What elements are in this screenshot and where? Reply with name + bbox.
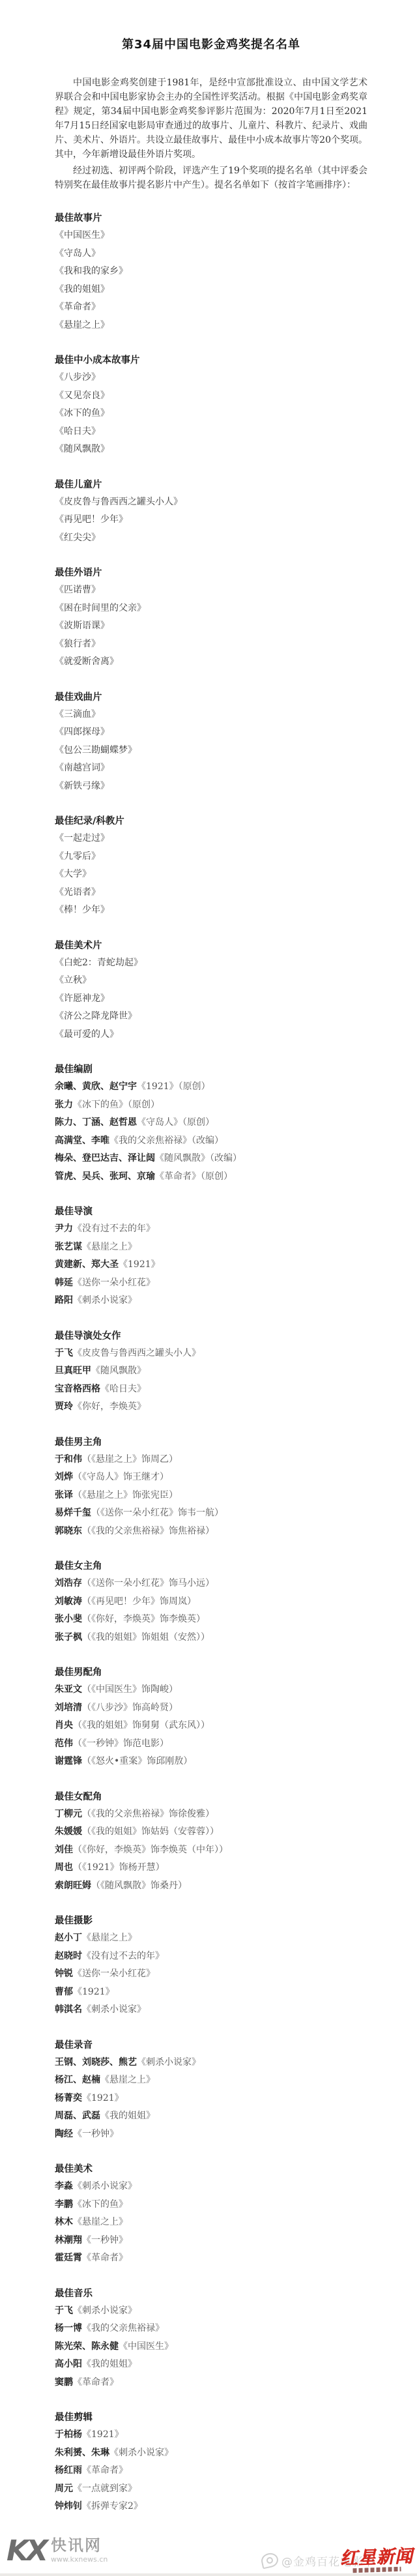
nominee-line: 《南越宫词》 bbox=[55, 759, 367, 778]
nominee-name: 杨江、赵楠 bbox=[55, 2075, 100, 2085]
nominee-line: 索朗旺姆（《随风飘散》饰桑丹） bbox=[55, 1877, 367, 1895]
nominee-work: 《中国医生》 bbox=[119, 2341, 173, 2352]
nominee-line: 杨红雨《革命者》 bbox=[55, 2462, 367, 2480]
nominee-line: 《棒！少年》 bbox=[55, 901, 367, 920]
nominee-work: 《刺杀小说家》 bbox=[109, 2448, 173, 2458]
nominee-name: 霍廷霄 bbox=[55, 2253, 82, 2263]
nominee-name: 刘敏涛 bbox=[55, 1596, 82, 1607]
nominee-name: 贾玲 bbox=[55, 1401, 73, 1412]
nominee-line: 窦鹏《革命者》 bbox=[55, 2374, 367, 2392]
award-heading: 最佳剪辑 bbox=[55, 2409, 367, 2426]
nominee-line: 管虎、吴兵、张珂、京瑜《革命者》（原创） bbox=[55, 1168, 367, 1186]
film-title: 《我和我的家乡》 bbox=[55, 266, 128, 276]
nominee-line: 郭晓东（《我的父亲焦裕禄》饰焦裕禄） bbox=[55, 1523, 367, 1541]
film-title: 《红尖尖》 bbox=[55, 533, 100, 543]
nominee-name: 窦鹏 bbox=[55, 2377, 73, 2388]
award-section: 最佳中小成本故事片《八步沙》《又见奈良》《冰下的鱼》《哈日夫》《随风飘散》 bbox=[55, 352, 367, 459]
nominee-work: 《我的姐姐》 bbox=[82, 2359, 137, 2369]
award-section: 最佳录音王钢、刘晓莎、熊艺《刺杀小说家》杨江、赵楠《悬崖之上》杨菁奕《1921》… bbox=[55, 2037, 367, 2144]
nominee-line: 张子枫（《我的姐姐》饰姐姐（安然）） bbox=[55, 1629, 367, 1647]
award-section: 最佳男配角朱亚文（《中国医生》饰陶峻）刘培清（《八步沙》饰高岭贤）肖央（《我的姐… bbox=[55, 1664, 367, 1771]
nominee-name: 刘烨 bbox=[55, 1472, 73, 1482]
nominee-line: 《大学》 bbox=[55, 866, 367, 884]
nominee-line: 钟锐《送你一朵小红花》 bbox=[55, 1965, 367, 1983]
nominee-line: 林潮翔《一秒钟》 bbox=[55, 2232, 367, 2250]
nominee-name: 杨菁奕 bbox=[55, 2093, 82, 2103]
nominee-name: 尹力 bbox=[55, 1223, 73, 1234]
nominee-line: 周也（《1921》饰杨开慧） bbox=[55, 1859, 367, 1877]
nominee-name: 钟锐 bbox=[55, 1969, 73, 1979]
nominee-line: 刘敏涛（《再见吧！少年》饰周岚） bbox=[55, 1593, 367, 1611]
nominee-name: 张艺谋 bbox=[55, 1242, 82, 1252]
award-heading: 最佳纪录/科教片 bbox=[55, 813, 367, 830]
award-heading: 最佳女配角 bbox=[55, 1789, 367, 1806]
film-title: 《四郎探母》 bbox=[55, 727, 109, 737]
film-title: 《随风飘散》 bbox=[55, 444, 109, 454]
nominee-line: 张力《冰下的鱼》（原创） bbox=[55, 1096, 367, 1115]
nominee-work: （《悬崖之上》饰张宪臣） bbox=[73, 1490, 178, 1500]
nominee-work: （《送你一朵小红花》饰韦一航） bbox=[91, 1508, 223, 1518]
nominee-line: 黄建新、郑大圣《1921》 bbox=[55, 1256, 367, 1274]
nominee-line: 杨江、赵楠《悬崖之上》 bbox=[55, 2071, 367, 2090]
nominee-work: （《你好，李焕英》饰李焕英（中年）） bbox=[73, 1845, 228, 1855]
page-title: 第34届中国电影金鸡奖提名名单 bbox=[55, 35, 367, 52]
film-title: 《包公三勘蝴蝶梦》 bbox=[55, 745, 137, 755]
nominee-work: （《送你一朵小红花》饰马小远） bbox=[82, 1578, 214, 1588]
nominee-line: 《一起走过》 bbox=[55, 830, 367, 848]
film-title: 《冰下的鱼》 bbox=[55, 408, 109, 418]
nominee-line: 《守岛人》 bbox=[55, 245, 367, 263]
nominee-name: 赵小丁 bbox=[55, 1933, 82, 1943]
nominee-line: 《革命者》 bbox=[55, 299, 367, 317]
film-title: 《一起走过》 bbox=[55, 833, 109, 843]
nominee-line: 谢霆锋（《怒火•重案》饰邱刚敖） bbox=[55, 1753, 367, 1771]
nominee-work: （《我的姐姐》饰姐姐（安然）） bbox=[82, 1632, 210, 1643]
nominee-name: 朱亚文 bbox=[55, 1684, 82, 1695]
nominee-line: 《光语者》 bbox=[55, 884, 367, 902]
nominee-line: 《白蛇2：青蛇劫起》 bbox=[55, 954, 367, 973]
nominee-name: 高小阳 bbox=[55, 2359, 82, 2369]
nominee-work: 《1921》 bbox=[73, 1987, 115, 1997]
nominee-work: 《革命者》 bbox=[82, 2253, 128, 2263]
film-title: 《南越宫词》 bbox=[55, 763, 109, 773]
nominee-name: 肖央 bbox=[55, 1720, 73, 1731]
film-title: 《白蛇2：青蛇劫起》 bbox=[55, 958, 143, 968]
nominee-line: 李淼《刺杀小说家》 bbox=[55, 2178, 367, 2196]
film-title: 《又见奈良》 bbox=[55, 390, 109, 401]
nominee-work: （《一秒钟》饰范电影） bbox=[73, 1738, 169, 1749]
award-section: 最佳女配角丁柳元（《我的父亲焦裕禄》饰徐俊雅）朱媛媛（《我的姐姐》饰姑妈（安蓉蓉… bbox=[55, 1789, 367, 1895]
nominee-work: 《我的父亲焦裕禄》 bbox=[82, 2323, 164, 2334]
award-section: 最佳女主角刘浩存（《送你一朵小红花》饰马小远）刘敏涛（《再见吧！少年》饰周岚）张… bbox=[55, 1558, 367, 1647]
film-title: 《大学》 bbox=[55, 869, 91, 879]
nominee-name: 张力 bbox=[55, 1100, 73, 1110]
nominee-line: 《波斯语课》 bbox=[55, 617, 367, 636]
film-title: 《八步沙》 bbox=[55, 372, 100, 383]
kx-logo-icon: KX bbox=[7, 2537, 46, 2566]
redstar-news-logo-text: 红星新闻 bbox=[339, 2547, 413, 2568]
nominee-line: 杨一博《我的父亲焦裕禄》 bbox=[55, 2320, 367, 2338]
nominee-line: 《皮皮鲁与鲁西西之罐头小人》 bbox=[55, 493, 367, 512]
film-title: 《困在时间里的父亲》 bbox=[55, 603, 146, 613]
nominee-work: （《随风飘散》饰桑丹） bbox=[91, 1881, 187, 1891]
nominee-line: 《哈日夫》 bbox=[55, 423, 367, 441]
nominee-work: 《悬崖之上》 bbox=[100, 2075, 155, 2085]
award-section: 最佳导演处女作于飞《皮皮鲁与鲁西西之罐头小人》旦真旺甲《随风飘散》宝音格西格《哈… bbox=[55, 1328, 367, 1416]
nominee-work: 《悬崖之上》 bbox=[82, 1933, 137, 1943]
nominee-work: 《刺杀小说家》 bbox=[73, 2181, 137, 2191]
nominee-line: 《就爱断舍离》 bbox=[55, 653, 367, 671]
nominee-line: 《悬崖之上》 bbox=[55, 317, 367, 335]
nominee-name: 于柏杨 bbox=[55, 2429, 82, 2440]
award-section: 最佳纪录/科教片《一起走过》《九零后》《大学》《光语者》《棒！少年》 bbox=[55, 813, 367, 920]
nominee-line: 《随风飘散》 bbox=[55, 441, 367, 459]
award-heading: 最佳音乐 bbox=[55, 2285, 367, 2302]
nominee-work: 《没有过不去的年》 bbox=[82, 1951, 164, 1961]
nominee-name: 张子枫 bbox=[55, 1632, 82, 1643]
nominee-work: （《我的父亲焦裕禄》饰徐俊雅） bbox=[82, 1809, 214, 1819]
film-title: 《狼行者》 bbox=[55, 639, 100, 649]
nominee-name: 朱利赟、朱琳 bbox=[55, 2448, 109, 2458]
nominee-name: 陶经 bbox=[55, 2129, 73, 2139]
redstar-news-logo: 红星新闻 bbox=[339, 2547, 413, 2573]
nominee-line: 朱亚文（《中国医生》饰陶峻） bbox=[55, 1681, 367, 1699]
nominee-name: 管虎、吴兵、张珂、京瑜 bbox=[55, 1171, 155, 1182]
nominee-work: 《一秒钟》 bbox=[73, 2129, 119, 2139]
award-heading: 最佳导演 bbox=[55, 1203, 367, 1220]
award-section: 最佳剪辑于柏杨《1921》朱利赟、朱琳《刺杀小说家》杨红雨《革命者》周元《一点就… bbox=[55, 2409, 367, 2516]
nominee-work: （《我的姐姐》饰舅舅（武东风）） bbox=[73, 1720, 210, 1731]
nominee-line: 林木《悬崖之上》 bbox=[55, 2214, 367, 2232]
nominee-line: 《困在时间里的父亲》 bbox=[55, 600, 367, 618]
nominee-name: 于飞 bbox=[55, 1348, 73, 1358]
award-section: 最佳摄影赵小丁《悬崖之上》赵晓时《没有过不去的年》钟锐《送你一朵小红花》曹郁《1… bbox=[55, 1912, 367, 2019]
nominee-line: 高满堂、李唯《我的父亲焦裕禄》（改编） bbox=[55, 1132, 367, 1150]
nominee-line: 《又见奈良》 bbox=[55, 387, 367, 405]
nominee-name: 朱媛媛 bbox=[55, 1826, 82, 1837]
nominee-work: （《守岛人》饰王继才） bbox=[73, 1472, 169, 1482]
award-section: 最佳故事片《中国医生》《守岛人》《我和我的家乡》《我的姐姐》《革命者》《悬崖之上… bbox=[55, 210, 367, 334]
film-title: 《立秋》 bbox=[55, 975, 91, 986]
nominee-line: 《狼行者》 bbox=[55, 636, 367, 654]
film-title: 《中国医生》 bbox=[55, 230, 109, 241]
award-heading: 最佳故事片 bbox=[55, 210, 367, 227]
nominee-line: 《立秋》 bbox=[55, 972, 367, 990]
nominee-line: 赵晓时《没有过不去的年》 bbox=[55, 1948, 367, 1966]
award-heading: 最佳录音 bbox=[55, 2037, 367, 2054]
nominee-name: 陈光荣、陈永健 bbox=[55, 2341, 119, 2352]
nominee-name: 李鹏 bbox=[55, 2199, 73, 2210]
nominee-name: 杨红雨 bbox=[55, 2465, 82, 2476]
nominee-name: 旦真旺甲 bbox=[55, 1366, 91, 1376]
nominee-line: 《济公之降龙降世》 bbox=[55, 1008, 367, 1026]
nominee-line: 梅朵、登巴达吉、泽让闼《随风飘散》（改编） bbox=[55, 1150, 367, 1168]
nominee-work: （《中国医生》饰陶峻） bbox=[82, 1684, 178, 1695]
nominee-name: 郭晓东 bbox=[55, 1526, 82, 1536]
intro-paragraph-1: 中国电影金鸡奖创建于1981年，是经中宣部批准设立、由中国文学艺术界联合会和中国… bbox=[55, 76, 367, 162]
nominee-line: 于柏杨《1921》 bbox=[55, 2426, 367, 2444]
nominee-name: 谢霆锋 bbox=[55, 1756, 82, 1766]
nominee-work: 《一点就到家》 bbox=[73, 2483, 137, 2494]
watermark-block: @金鸡百花电影节 红星新闻 bbox=[261, 2549, 413, 2572]
award-heading: 最佳中小成本故事片 bbox=[55, 352, 367, 369]
nominee-name: 林木 bbox=[55, 2217, 73, 2227]
award-heading: 最佳男主角 bbox=[55, 1434, 367, 1451]
nominee-work: 《1921》 bbox=[119, 1259, 160, 1270]
film-title: 《哈日夫》 bbox=[55, 426, 100, 437]
nominee-line: 刘培清（《八步沙》饰高岭贤） bbox=[55, 1699, 367, 1718]
award-section: 最佳音乐于飞《刺杀小说家》杨一博《我的父亲焦裕禄》陈光荣、陈永健《中国医生》高小… bbox=[55, 2285, 367, 2392]
nominee-name: 周元 bbox=[55, 2483, 73, 2494]
film-title: 《匹诺曹》 bbox=[55, 585, 100, 595]
nominee-line: 于飞《皮皮鲁与鲁西西之罐头小人》 bbox=[55, 1345, 367, 1363]
award-heading: 最佳摄影 bbox=[55, 1912, 367, 1929]
nominee-line: 肖央（《我的姐姐》饰舅舅（武东风）） bbox=[55, 1717, 367, 1735]
nominee-work: 《1921》 bbox=[82, 2429, 124, 2440]
film-title: 《最可爱的人》 bbox=[55, 1029, 119, 1040]
nominee-name: 于和伟 bbox=[55, 1454, 82, 1465]
nominee-name: 林潮翔 bbox=[55, 2235, 82, 2246]
nominee-name: 范伟 bbox=[55, 1738, 73, 1749]
nominee-line: 《三滴血》 bbox=[55, 706, 367, 724]
nominee-work: 《革命者》 bbox=[73, 2377, 119, 2388]
kxnews-logo: KX 快讯网 www.kxnews.cn bbox=[7, 2537, 108, 2566]
nominee-line: 贾玲《你好，李焕英》 bbox=[55, 1398, 367, 1416]
nomination-document: 第34届中国电影金鸡奖提名名单 中国电影金鸡奖创建于1981年，是经中宣部批准设… bbox=[0, 0, 417, 2516]
nominee-name: 韩延 bbox=[55, 1278, 73, 1288]
nominee-line: 张艺谋《悬崖之上》 bbox=[55, 1238, 367, 1257]
nominee-line: 《新铁弓缘》 bbox=[55, 778, 367, 796]
nominee-line: 丁柳元（《我的父亲焦裕禄》饰徐俊雅） bbox=[55, 1806, 367, 1824]
nominee-name: 易烊千玺 bbox=[55, 1508, 91, 1518]
nominee-name: 韩淇名 bbox=[55, 2004, 82, 2015]
nominee-line: 《我的姐姐》 bbox=[55, 281, 367, 299]
film-title: 《守岛人》 bbox=[55, 248, 100, 259]
award-section: 最佳儿童片《皮皮鲁与鲁西西之罐头小人》《再见吧！少年》《红尖尖》 bbox=[55, 476, 367, 548]
award-heading: 最佳男配角 bbox=[55, 1664, 367, 1681]
weibo-share-icon bbox=[260, 2552, 280, 2569]
award-section: 最佳美术李淼《刺杀小说家》李鹏《冰下的鱼》林木《悬崖之上》林潮翔《一秒钟》霍廷霄… bbox=[55, 2161, 367, 2268]
nominee-line: 张译（《悬崖之上》饰张宪臣） bbox=[55, 1487, 367, 1505]
nominee-line: 尹力《没有过不去的年》 bbox=[55, 1220, 367, 1238]
nominee-work: 《刺杀小说家》 bbox=[137, 2057, 201, 2068]
nominee-name: 余曦、黄欣、赵宁宇 bbox=[55, 1081, 137, 1092]
award-heading: 最佳编剧 bbox=[55, 1061, 367, 1078]
nominee-name: 宝音格西格 bbox=[55, 1384, 100, 1394]
redstar-news-logo-subline bbox=[352, 2567, 401, 2573]
award-heading: 最佳儿童片 bbox=[55, 476, 367, 493]
award-section: 最佳编剧余曦、黄欣、赵宁宇《1921》（原创）张力《冰下的鱼》（原创）陈力、丁涵… bbox=[55, 1061, 367, 1186]
nominee-work: 《冰下的鱼》 bbox=[73, 2199, 128, 2210]
nominee-name: 刘佳 bbox=[55, 1845, 73, 1855]
nominee-name: 梅朵、登巴达吉、泽让闼 bbox=[55, 1153, 155, 1164]
nominee-name: 赵晓时 bbox=[55, 1951, 82, 1961]
nominee-line: 《九零后》 bbox=[55, 848, 367, 866]
nominee-work: （《八步沙》饰高岭贤） bbox=[82, 1703, 178, 1713]
nominee-line: 宝音格西格《哈日夫》 bbox=[55, 1381, 367, 1399]
award-sections: 最佳故事片《中国医生》《守岛人》《我和我的家乡》《我的姐姐》《革命者》《悬崖之上… bbox=[55, 210, 367, 2516]
film-title: 《皮皮鲁与鲁西西之罐头小人》 bbox=[55, 497, 182, 507]
film-title: 《我的姐姐》 bbox=[55, 284, 109, 295]
nominee-line: 《冰下的鱼》 bbox=[55, 405, 367, 423]
film-title: 《就爱断舍离》 bbox=[55, 656, 119, 667]
award-heading: 最佳美术 bbox=[55, 2161, 367, 2178]
nominee-line: 赵小丁《悬崖之上》 bbox=[55, 1929, 367, 1948]
nominee-name: 李淼 bbox=[55, 2181, 73, 2191]
nominee-work: 《随风飘散》（改编） bbox=[155, 1153, 242, 1164]
nominee-line: 余曦、黄欣、赵宁宇《1921》（原创） bbox=[55, 1078, 367, 1096]
nominee-work: 《刺杀小说家》 bbox=[73, 1295, 137, 1306]
film-title: 《棒！少年》 bbox=[55, 905, 109, 915]
nominee-work: 《刺杀小说家》 bbox=[73, 2305, 137, 2316]
nominee-line: 韩延《送你一朵小红花》 bbox=[55, 1274, 367, 1293]
nominee-work: 《刺杀小说家》 bbox=[82, 2004, 146, 2015]
nominee-work: 《随风飘散》 bbox=[91, 1366, 146, 1376]
award-section: 最佳男主角于和伟（《悬崖之上》饰周乙）刘烨（《守岛人》饰王继才）张译（《悬崖之上… bbox=[55, 1434, 367, 1541]
nominee-line: 《四郎探母》 bbox=[55, 724, 367, 742]
nominee-line: 范伟（《一秒钟》饰范电影） bbox=[55, 1735, 367, 1753]
nominee-work: （《再见吧！少年》饰周岚） bbox=[82, 1596, 196, 1607]
kx-site-url: www.kxnews.cn bbox=[51, 2555, 108, 2564]
nominee-name: 周也 bbox=[55, 1862, 73, 1873]
nominee-work: 《没有过不去的年》 bbox=[73, 1223, 155, 1234]
nominee-name: 刘浩存 bbox=[55, 1578, 82, 1588]
award-heading: 最佳美术片 bbox=[55, 937, 367, 954]
nominee-line: 《红尖尖》 bbox=[55, 529, 367, 548]
award-heading: 最佳导演处女作 bbox=[55, 1328, 367, 1345]
nominee-line: 刘浩存（《送你一朵小红花》饰马小远） bbox=[55, 1575, 367, 1593]
nominee-work: 《1921》 bbox=[82, 2093, 124, 2103]
nominee-name: 路阳 bbox=[55, 1295, 73, 1306]
kx-logo-text: 快讯网 www.kxnews.cn bbox=[51, 2537, 108, 2564]
nominee-name: 钟炜钊 bbox=[55, 2501, 82, 2511]
nominee-line: 于和伟（《悬崖之上》饰周乙） bbox=[55, 1451, 367, 1469]
nominee-line: 高小阳《我的姐姐》 bbox=[55, 2356, 367, 2374]
nominee-work: 《我的姐姐》 bbox=[100, 2111, 155, 2121]
kx-site-name: 快讯网 bbox=[51, 2537, 108, 2554]
film-title: 《再见吧！少年》 bbox=[55, 514, 128, 525]
nominee-line: 曹郁《1921》 bbox=[55, 1983, 367, 2002]
nominee-line: 韩淇名《刺杀小说家》 bbox=[55, 2001, 367, 2019]
nominee-name: 张小斐 bbox=[55, 1614, 82, 1624]
nominee-line: 路阳《刺杀小说家》 bbox=[55, 1292, 367, 1310]
nominee-work: 《冰下的鱼》（原创） bbox=[73, 1100, 160, 1110]
nominee-line: 《最可爱的人》 bbox=[55, 1026, 367, 1044]
nominee-line: 《再见吧！少年》 bbox=[55, 511, 367, 529]
nominee-line: 《许愿神龙》 bbox=[55, 990, 367, 1008]
film-title: 《九零后》 bbox=[55, 851, 100, 862]
nominee-work: 《哈日夫》 bbox=[100, 1384, 146, 1394]
nominee-work: 《皮皮鲁与鲁西西之罐头小人》 bbox=[73, 1348, 201, 1358]
footer: KX 快讯网 www.kxnews.cn @金鸡百花电影节 红星新闻 bbox=[0, 2511, 417, 2576]
nominee-work: 《一秒钟》 bbox=[82, 2235, 128, 2246]
nominee-name: 曹郁 bbox=[55, 1987, 73, 1997]
nominee-line: 李鹏《冰下的鱼》 bbox=[55, 2196, 367, 2214]
award-section: 最佳美术片《白蛇2：青蛇劫起》《立秋》《许愿神龙》《济公之降龙降世》《最可爱的人… bbox=[55, 937, 367, 1044]
nominee-line: 张小斐（《你好，李焕英》饰李焕英） bbox=[55, 1611, 367, 1629]
nominee-work: 《1921》（原创） bbox=[137, 1081, 210, 1092]
nominee-work: （《1921》饰杨开慧） bbox=[73, 1862, 165, 1873]
nominee-work: （《悬崖之上》饰周乙） bbox=[82, 1454, 178, 1465]
film-title: 《革命者》 bbox=[55, 302, 100, 312]
award-section: 最佳戏曲片《三滴血》《四郎探母》《包公三勘蝴蝶梦》《南越宫词》《新铁弓缘》 bbox=[55, 689, 367, 796]
nominee-work: 《悬崖之上》 bbox=[73, 2217, 128, 2227]
nominee-line: 朱利赟、朱琳《刺杀小说家》 bbox=[55, 2444, 367, 2463]
film-title: 《济公之降龙降世》 bbox=[55, 1011, 137, 1021]
award-heading: 最佳女主角 bbox=[55, 1558, 367, 1575]
award-heading: 最佳戏曲片 bbox=[55, 689, 367, 706]
nominee-work: 《送你一朵小红花》 bbox=[73, 1969, 155, 1979]
nominee-work: （《我的姐姐》饰姑妈（安蓉蓉）） bbox=[82, 1826, 219, 1837]
nominee-work: 《革命者》（原创） bbox=[155, 1171, 233, 1182]
nominee-line: 霍廷霄《革命者》 bbox=[55, 2249, 367, 2268]
award-section: 最佳导演尹力《没有过不去的年》张艺谋《悬崖之上》黄建新、郑大圣《1921》韩延《… bbox=[55, 1203, 367, 1310]
nominee-name: 高满堂、李唯 bbox=[55, 1135, 109, 1146]
nominee-name: 张译 bbox=[55, 1490, 73, 1500]
award-heading: 最佳外语片 bbox=[55, 564, 367, 581]
nominee-line: 周磊、武磊《我的姐姐》 bbox=[55, 2107, 367, 2126]
film-title: 《悬崖之上》 bbox=[55, 320, 109, 330]
nominee-work: （《我的父亲焦裕禄》饰焦裕禄） bbox=[82, 1526, 214, 1536]
nominee-work: 《送你一朵小红花》 bbox=[73, 1278, 155, 1288]
nominee-name: 陈力、丁涵、赵哲恩 bbox=[55, 1117, 137, 1128]
film-title: 《波斯语课》 bbox=[55, 621, 109, 631]
nominee-name: 杨一博 bbox=[55, 2323, 82, 2334]
film-title: 《三滴血》 bbox=[55, 709, 100, 720]
nominee-line: 《包公三勘蝴蝶梦》 bbox=[55, 742, 367, 760]
nominee-name: 黄建新、郑大圣 bbox=[55, 1259, 119, 1270]
nominee-line: 刘烨（《守岛人》饰王继才） bbox=[55, 1469, 367, 1487]
film-title: 《新铁弓缘》 bbox=[55, 781, 109, 791]
nominee-line: 于飞《刺杀小说家》 bbox=[55, 2302, 367, 2320]
nominee-work: 《拆弹专家2》 bbox=[82, 2501, 143, 2511]
film-title: 《许愿神龙》 bbox=[55, 993, 109, 1004]
nominee-line: 刘佳（《你好，李焕英》饰李焕英（中年）） bbox=[55, 1841, 367, 1860]
nominee-line: 陈光荣、陈永健《中国医生》 bbox=[55, 2338, 367, 2356]
nominee-name: 刘培清 bbox=[55, 1703, 82, 1713]
nominee-line: 杨菁奕《1921》 bbox=[55, 2090, 367, 2108]
nominee-line: 《我和我的家乡》 bbox=[55, 263, 367, 281]
nominee-work: 《悬崖之上》 bbox=[82, 1242, 137, 1252]
nominee-line: 陶经《一秒钟》 bbox=[55, 2126, 367, 2144]
bottom-edge-divider bbox=[0, 2573, 417, 2576]
award-section: 最佳外语片《匹诺曹》《困在时间里的父亲》《波斯语课》《狼行者》《就爱断舍离》 bbox=[55, 564, 367, 671]
nominee-name: 于飞 bbox=[55, 2305, 73, 2316]
nominee-work: 《你好，李焕英》 bbox=[73, 1401, 146, 1412]
nominee-work: 《我的父亲焦裕禄》（改编） bbox=[109, 1135, 223, 1146]
nominee-work: （《你好，李焕英》饰李焕英） bbox=[82, 1614, 205, 1624]
nominee-name: 索朗旺姆 bbox=[55, 1881, 91, 1891]
nominee-work: （《怒火•重案》饰邱刚敖） bbox=[82, 1756, 192, 1766]
nominee-line: 周元《一点就到家》 bbox=[55, 2480, 367, 2498]
nominee-name: 周磊、武磊 bbox=[55, 2111, 100, 2121]
film-title: 《光语者》 bbox=[55, 887, 100, 898]
nominee-line: 易烊千玺（《送你一朵小红花》饰韦一航） bbox=[55, 1504, 367, 1523]
nominee-name: 丁柳元 bbox=[55, 1809, 82, 1819]
nominee-line: 陈力、丁涵、赵哲恩《守岛人》（原创） bbox=[55, 1114, 367, 1132]
nominee-line: 《八步沙》 bbox=[55, 369, 367, 387]
nominee-line: 王钢、刘晓莎、熊艺《刺杀小说家》 bbox=[55, 2054, 367, 2072]
nominee-line: 《中国医生》 bbox=[55, 227, 367, 245]
intro-paragraph-2: 经过初选、初评两个阶段，评选产生了19个奖项的提名名单（其中评委会特别奖在最佳故… bbox=[55, 164, 367, 192]
nominee-line: 旦真旺甲《随风飘散》 bbox=[55, 1362, 367, 1381]
nominee-line: 《匹诺曹》 bbox=[55, 581, 367, 600]
nominee-work: 《革命者》 bbox=[82, 2465, 128, 2476]
nominee-name: 王钢、刘晓莎、熊艺 bbox=[55, 2057, 137, 2068]
nominee-work: 《守岛人》（原创） bbox=[137, 1117, 214, 1128]
nominee-line: 朱媛媛（《我的姐姐》饰姑妈（安蓉蓉）） bbox=[55, 1823, 367, 1841]
